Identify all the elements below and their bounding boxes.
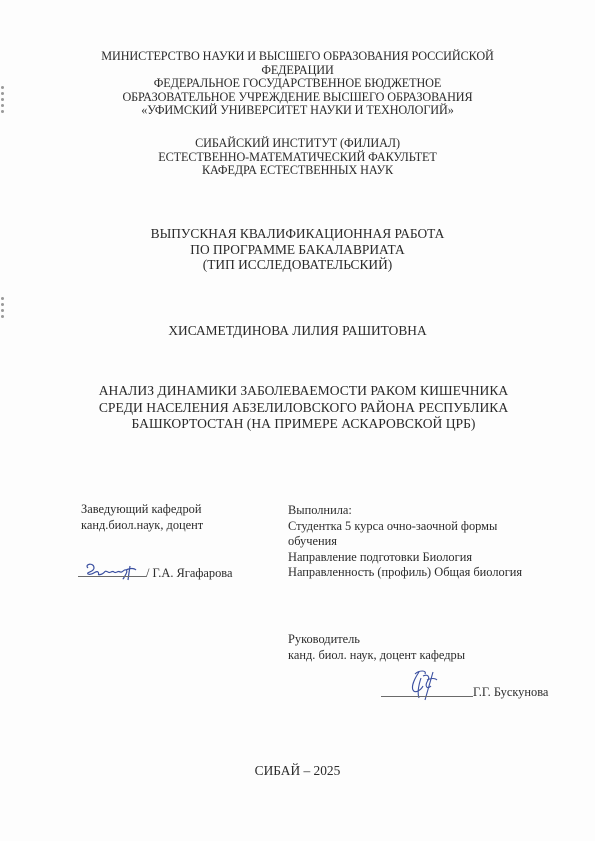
head-signature-icon xyxy=(82,560,148,582)
student-form: обучения xyxy=(288,534,522,550)
thesis-topic: АНАЛИЗ ДИНАМИКИ ЗАБОЛЕВАЕМОСТИ РАКОМ КИШ… xyxy=(6,383,595,433)
ministry-line: МИНИСТЕРСТВО НАУКИ И ВЫСШЕГО ОБРАЗОВАНИЯ… xyxy=(0,50,595,64)
supervisor-title: Руководитель xyxy=(288,632,465,648)
student-course: Студентка 5 курса очно-заочной формы xyxy=(288,519,522,535)
head-of-department: Заведующий кафедрой канд.биол.наук, доце… xyxy=(81,502,203,533)
work-type-line: (ТИП ИССЛЕДОВАТЕЛЬСКИЙ) xyxy=(0,257,595,273)
footer: СИБАЙ – 2025 xyxy=(0,763,595,779)
supervisor-signature-line xyxy=(381,696,473,697)
topic-line: БАШКОРТОСТАН (НА ПРИМЕРЕ АСКАРОВСКОЙ ЦРБ… xyxy=(6,416,595,433)
topic-line: АНАЛИЗ ДИНАМИКИ ЗАБОЛЕВАЕМОСТИ РАКОМ КИШ… xyxy=(6,383,595,400)
head-degree: канд.биол.наук, доцент xyxy=(81,518,203,534)
study-profile: Направленность (профиль) Общая биология xyxy=(288,565,522,581)
supervisor-degree: канд. биол. наук, доцент кафедры xyxy=(288,648,465,664)
performed-by: Выполнила: Студентка 5 курса очно-заочно… xyxy=(288,503,522,581)
supervisor-name: Г.Г. Бускунова xyxy=(473,685,548,701)
head-title: Заведующий кафедрой xyxy=(81,502,203,518)
performed-by-label: Выполнила: xyxy=(288,503,522,519)
institution-line: ОБРАЗОВАТЕЛЬНОЕ УЧРЕЖДЕНИЕ ВЫСШЕГО ОБРАЗ… xyxy=(0,91,595,105)
ministry-header: МИНИСТЕРСТВО НАУКИ И ВЫСШЕГО ОБРАЗОВАНИЯ… xyxy=(0,50,595,118)
title-page: МИНИСТЕРСТВО НАУКИ И ВЫСШЕГО ОБРАЗОВАНИЯ… xyxy=(0,0,595,841)
branch-name: СИБАЙСКИЙ ИНСТИТУТ (ФИЛИАЛ) xyxy=(0,137,595,151)
head-name: / Г.А. Ягафарова xyxy=(146,566,233,582)
author-name: ХИСАМЕТДИНОВА ЛИЛИЯ РАШИТОВНА xyxy=(0,323,595,339)
supervisor: Руководитель канд. биол. наук, доцент ка… xyxy=(288,632,465,663)
topic-line: СРЕДИ НАСЕЛЕНИЯ АБЗЕЛИЛОВСКОГО РАЙОНА РЕ… xyxy=(6,400,595,417)
faculty-name: ЕСТЕСТВЕННО-МАТЕМАТИЧЕСКИЙ ФАКУЛЬТЕТ xyxy=(0,151,595,165)
city-year: СИБАЙ – 2025 xyxy=(0,763,595,779)
branch-header: СИБАЙСКИЙ ИНСТИТУТ (ФИЛИАЛ) ЕСТЕСТВЕННО-… xyxy=(0,137,595,178)
institution-line: ФЕДЕРАЛЬНОЕ ГОСУДАРСТВЕННОЕ БЮДЖЕТНОЕ xyxy=(0,77,595,91)
author: ХИСАМЕТДИНОВА ЛИЛИЯ РАШИТОВНА xyxy=(0,323,595,339)
university-name: «УФИМСКИЙ УНИВЕРСИТЕТ НАУКИ И ТЕХНОЛОГИЙ… xyxy=(0,104,595,118)
ministry-line: ФЕДЕРАЦИИ xyxy=(0,64,595,78)
department-name: КАФЕДРА ЕСТЕСТВЕННЫХ НАУК xyxy=(0,164,595,178)
work-type-line: ПО ПРОГРАММЕ БАКАЛАВРИАТА xyxy=(0,242,595,258)
study-direction: Направление подготовки Биология xyxy=(288,550,522,566)
work-type-line: ВЫПУСКНАЯ КВАЛИФИКАЦИОННАЯ РАБОТА xyxy=(0,226,595,242)
work-type: ВЫПУСКНАЯ КВАЛИФИКАЦИОННАЯ РАБОТА ПО ПРО… xyxy=(0,226,595,273)
head-signature-line xyxy=(78,576,146,577)
